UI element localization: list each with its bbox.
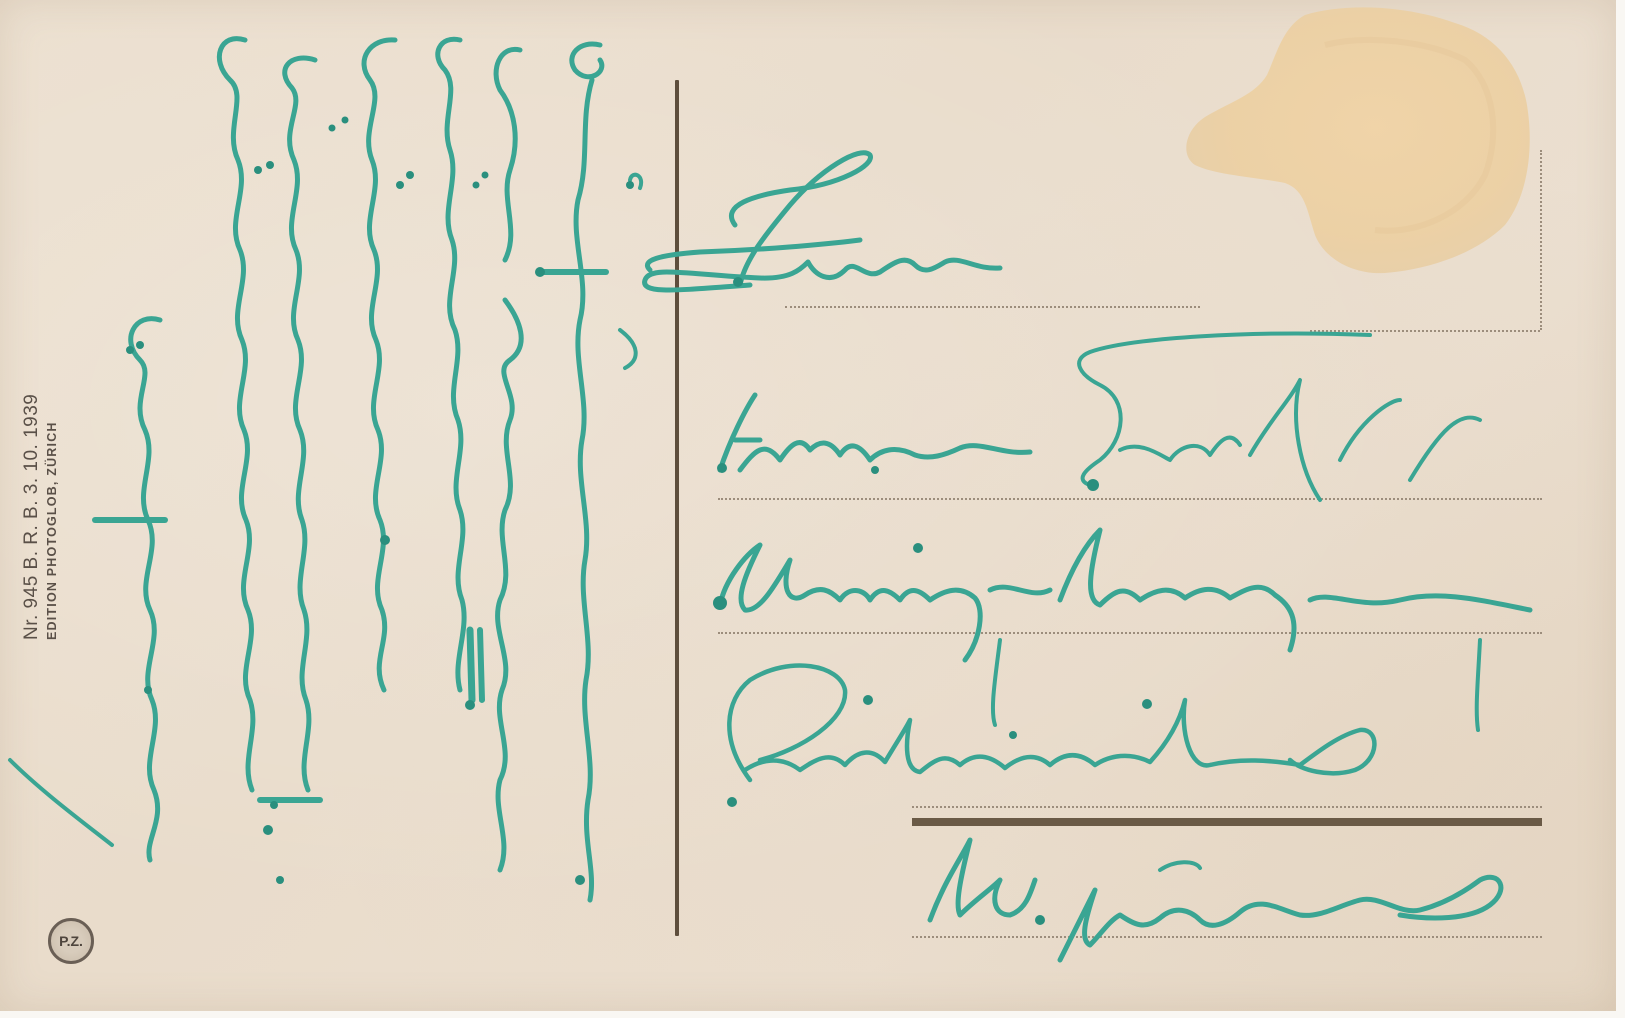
scan-margin-bottom: [0, 1011, 1625, 1018]
message-handwriting: [10, 39, 641, 900]
postcard-back: Nr. 945 B. R. B. 3. 10. 1939 EDITION PHO…: [0, 0, 1616, 1011]
handwriting-layer: [0, 0, 1616, 1011]
address-handwriting: [645, 153, 1530, 960]
scan-margin-right: [1616, 0, 1625, 1018]
